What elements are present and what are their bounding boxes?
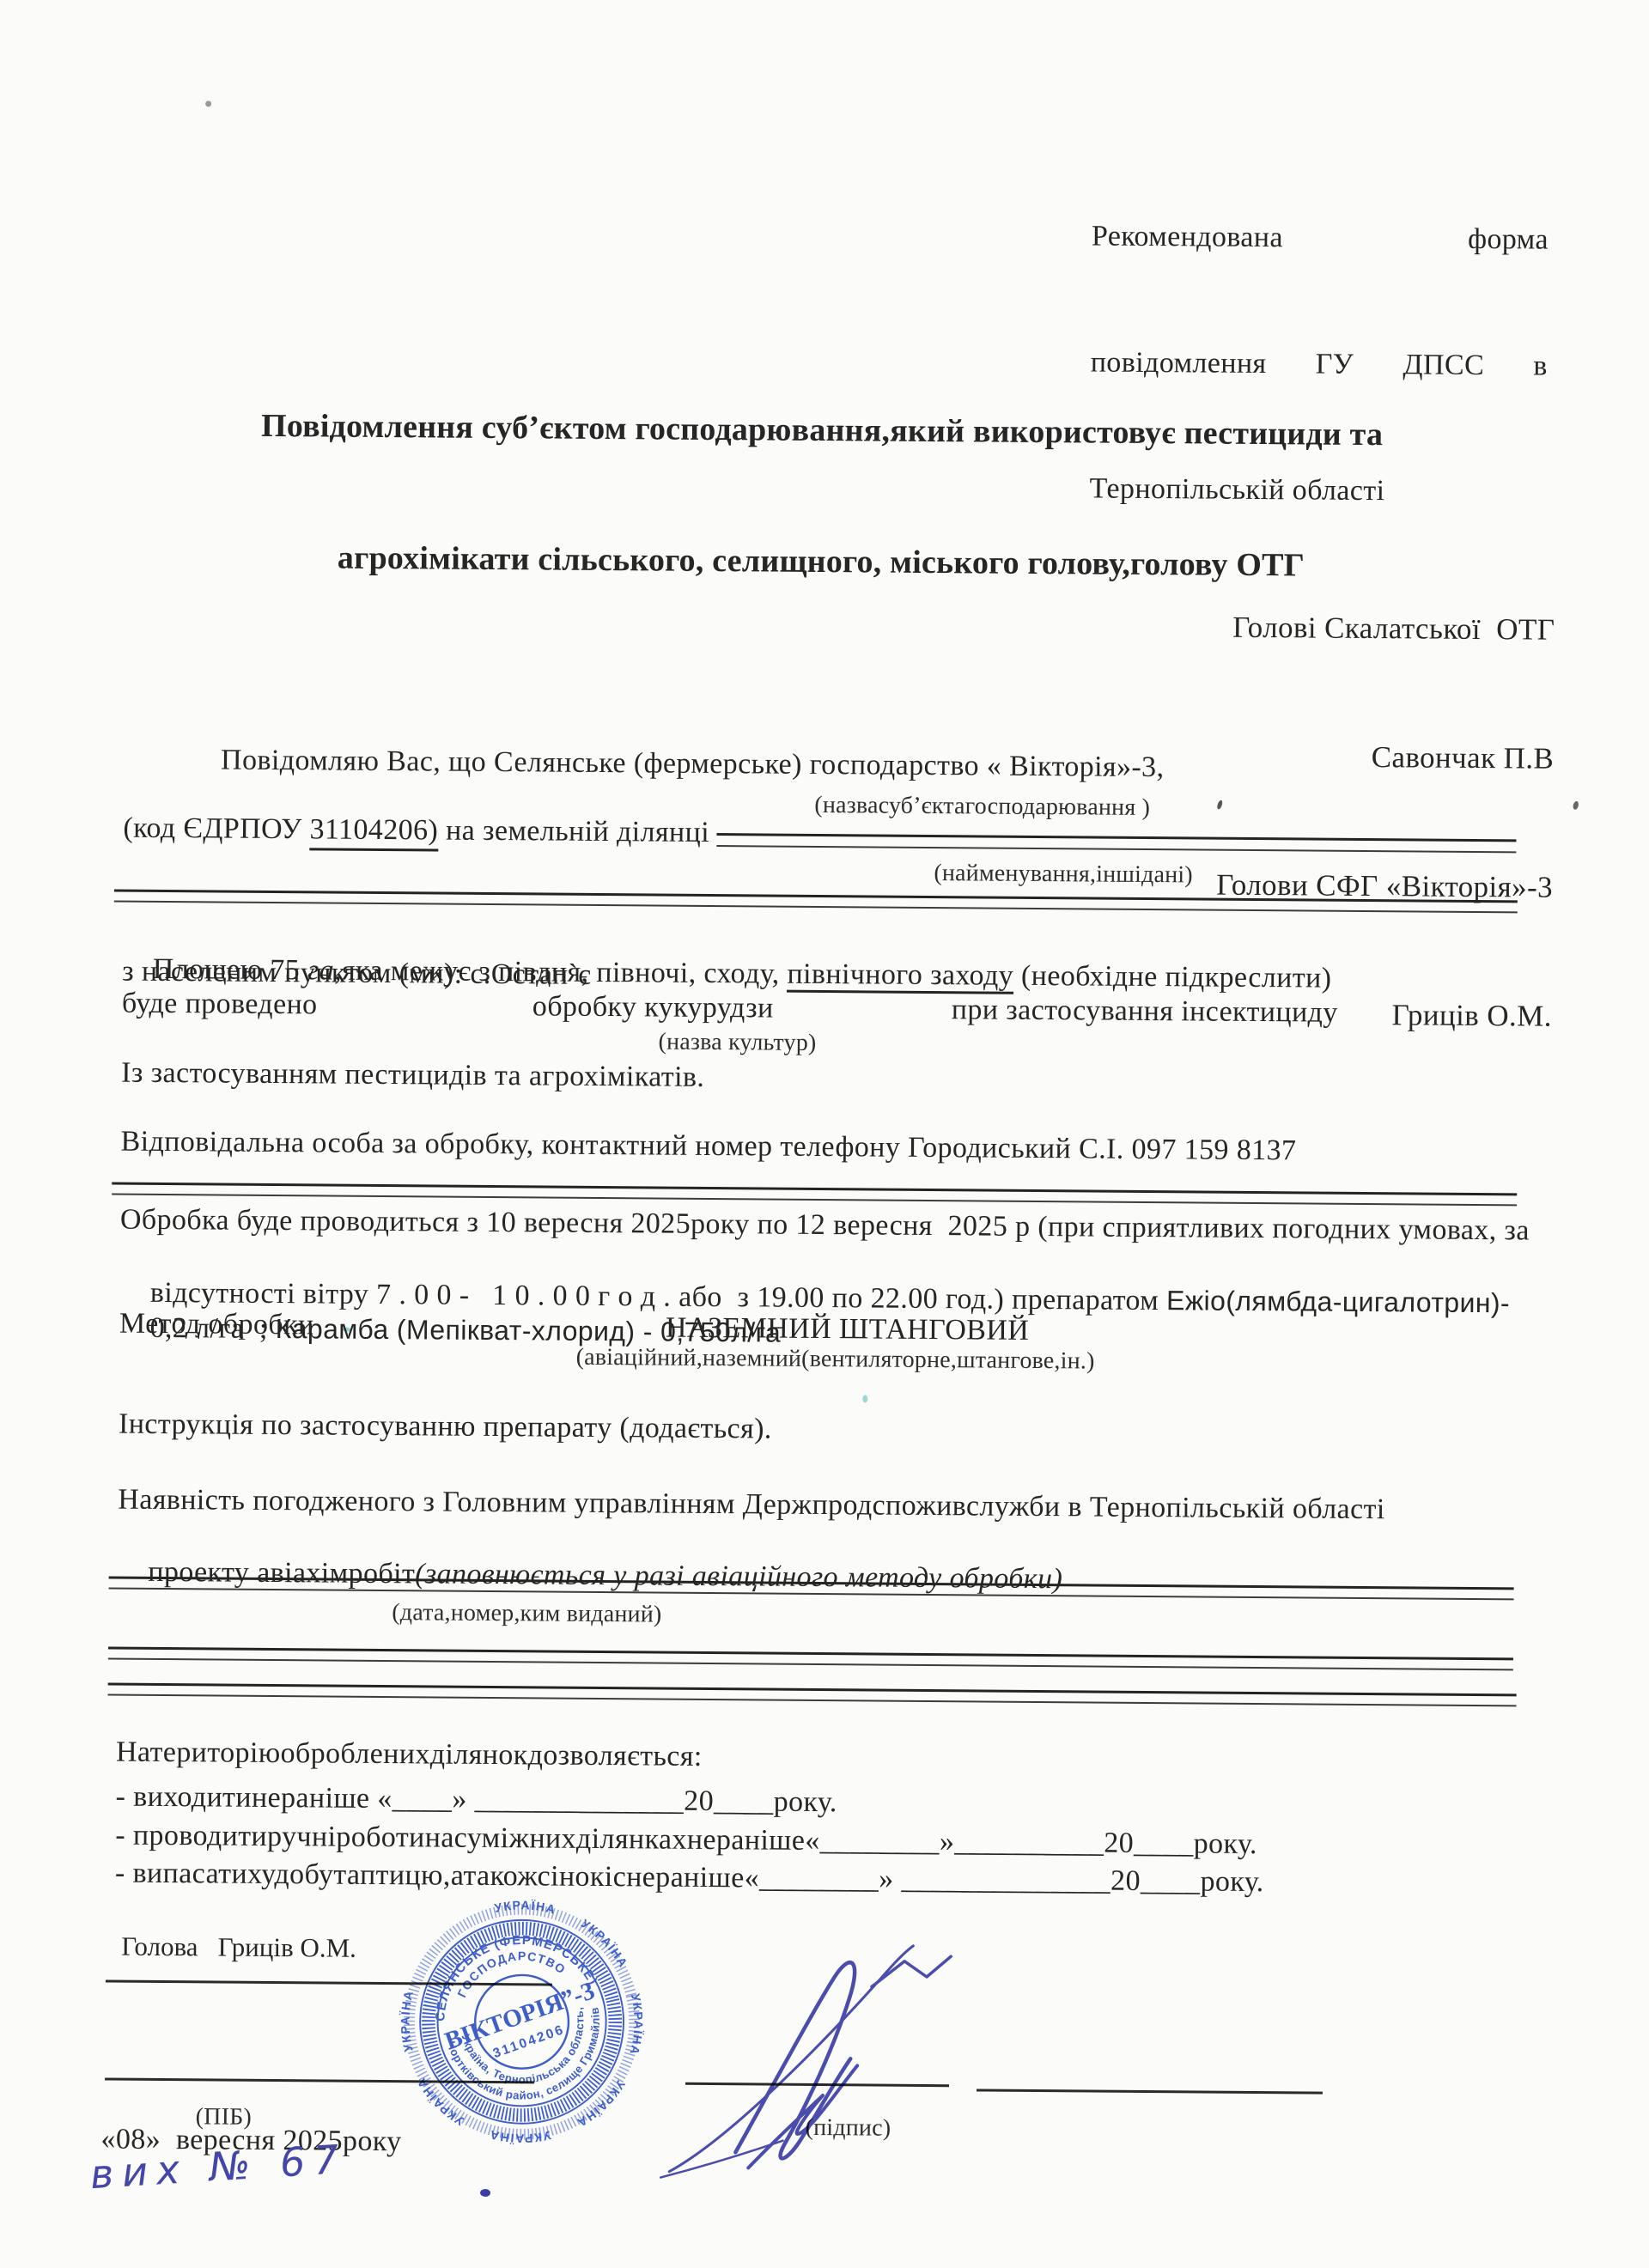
scan-speck: [205, 100, 211, 106]
scan-speck: [862, 1395, 867, 1402]
blank-line: [716, 833, 1517, 853]
scan-speck: [1573, 800, 1579, 810]
divider-rule: [112, 1183, 1517, 1207]
header-note-line1: Рекомендована форма: [1092, 215, 1549, 260]
company-stamp: УКРАЇНА УКРАЇНА УКРАЇНА УКРАЇНА УКРАЇНА …: [379, 1879, 665, 2165]
area-done: буде проведено: [122, 986, 318, 1024]
method-label: Метод обробки: [119, 1306, 314, 1344]
handwritten-signature: [654, 1918, 999, 2187]
area-insecticide: при застосування інсектициду: [952, 992, 1338, 1031]
crop-caption: (назва культур): [658, 1029, 816, 1057]
instruction-line: Інструкція по застосуванню препарату (до…: [119, 1407, 772, 1448]
responsible-person-line: Відповідальна особа за обробку, контактн…: [120, 1124, 1546, 1171]
intro-caption-naming: (найменування,іншідані): [904, 860, 1222, 890]
permissions-heading: Натериторіюобробленихділянокдозволяється…: [116, 1735, 703, 1775]
edrpou-pre: (код ЄДРПОУ: [123, 811, 309, 848]
header-note-text: Рекомендована: [1092, 215, 1283, 258]
area-underlined-direction: північного заходу: [787, 958, 1013, 994]
area-crop: обробку кукурудзи: [532, 988, 774, 1026]
signature-rule: [977, 2089, 1323, 2094]
date-number-caption: (дата,номер,ким виданий): [392, 1599, 661, 1628]
area-post: (необхідне підкреслити): [1013, 960, 1332, 994]
scanned-document-page: Рекомендована форма повідомлення ГУ ДПСС…: [0, 0, 1649, 2268]
document-title-line1: Повідомлення суб’єктом господарювання,як…: [100, 403, 1543, 458]
permission-item: - проводитиручніроботинасуміжнихділянках…: [115, 1818, 1257, 1863]
pen-dot: [480, 2189, 490, 2197]
area-line4: Із застосуванням пестицидів та агрохімік…: [121, 1055, 704, 1096]
header-note-text: форма: [1468, 218, 1549, 261]
addressee-line: Голові Скалатської ОТГ: [867, 603, 1555, 651]
intro-line: Повідомляю Вас, що Селянське (фермерське…: [221, 743, 1165, 787]
divider-rule: [108, 1683, 1517, 1707]
head-name-label: Голова Гриців О.М.: [121, 1931, 356, 1964]
scan-tilt-wrapper: Рекомендована форма повідомлення ГУ ДПСС…: [0, 0, 1649, 2268]
divider-rule: [108, 1647, 1513, 1671]
permission-item: - виходитинераніше «____» ______________…: [115, 1779, 837, 1821]
edrpou-code: 31104206): [309, 812, 438, 851]
edrpou-post: на земельній ділянці: [438, 812, 709, 850]
method-value: НАЗЕМНИЙ ШТАНГОВИЙ: [666, 1310, 1030, 1349]
method-caption: (авіаційний,наземний(вентиляторне,штанго…: [576, 1344, 1095, 1376]
permission-item: - випасатихудобутаптицю,атакожсінокіснер…: [115, 1856, 1264, 1901]
